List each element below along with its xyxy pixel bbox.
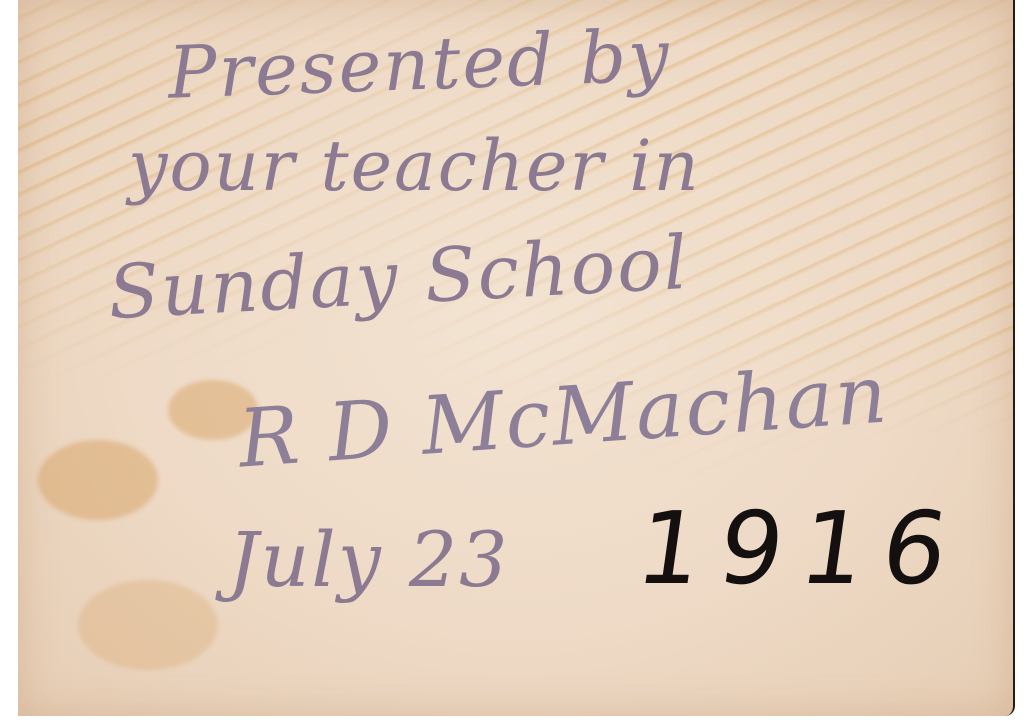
inscription-line-3: Sunday School	[106, 220, 691, 336]
photo-card-back: Presented by your teacher in Sunday Scho…	[18, 0, 1015, 716]
inscription-line-2: your teacher in	[128, 125, 701, 207]
date-year: 1916	[630, 490, 973, 607]
inscription-line-1: Presented by	[167, 13, 672, 114]
stain-spot	[38, 440, 158, 520]
date-month-day: July 23	[228, 515, 510, 604]
signature: R D McMachan	[236, 347, 892, 485]
stain-spot	[78, 580, 218, 670]
